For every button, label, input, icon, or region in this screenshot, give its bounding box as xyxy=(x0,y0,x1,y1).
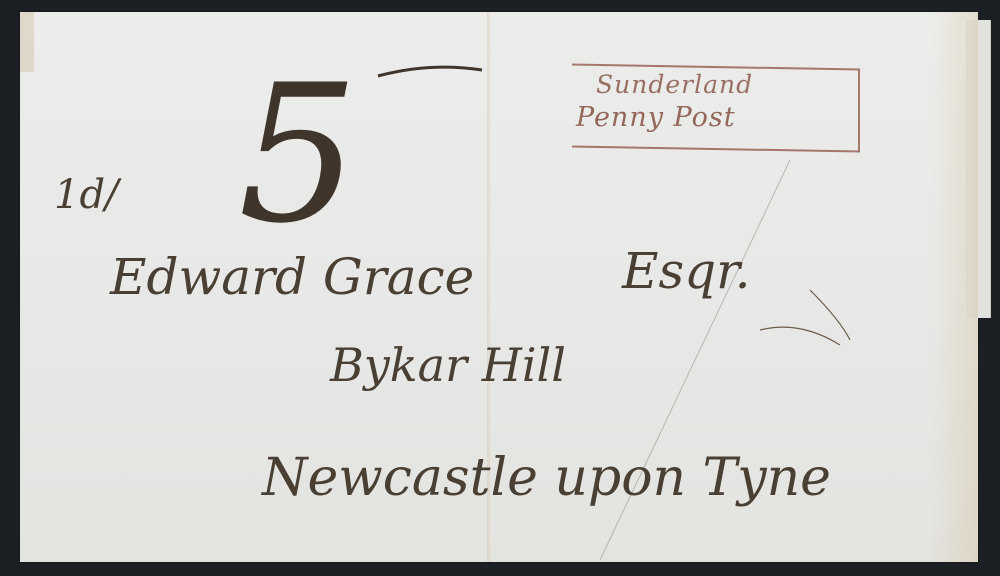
sunderland-penny-post-handstamp: Sunderland Penny Post xyxy=(572,66,862,152)
handstamp-line-2: Penny Post xyxy=(576,102,736,133)
address-city: Newcastle upon Tyne xyxy=(262,448,831,508)
address-street: Bykar Hill xyxy=(330,338,566,392)
rate-mark: 5 xyxy=(238,60,359,250)
addressee-title: Esqr. xyxy=(622,242,750,300)
addressee-name: Edward Grace xyxy=(110,248,474,306)
corner-mark: 1d/ xyxy=(54,172,119,218)
handstamp-line-1: Sunderland xyxy=(596,70,753,99)
